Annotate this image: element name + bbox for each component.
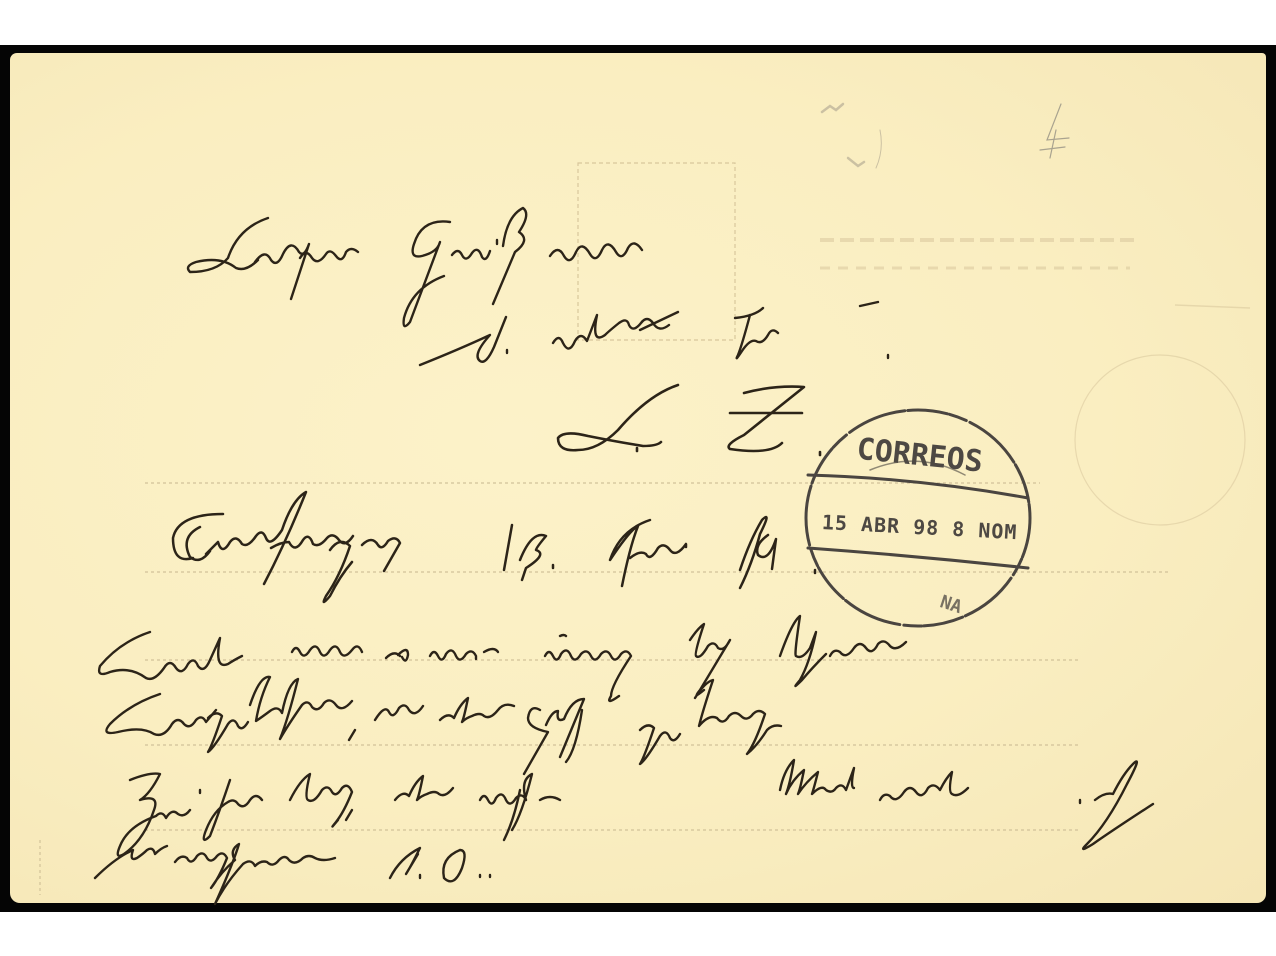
postcard: Letzten Gruß vom d. alten Fr. L. Z. Cien… <box>10 53 1266 903</box>
